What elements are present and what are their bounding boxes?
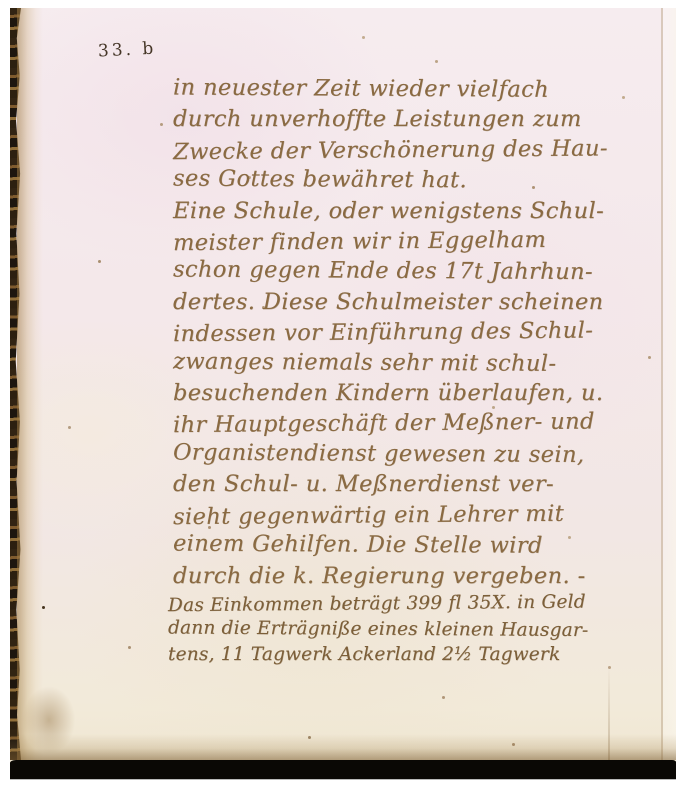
manuscript-line: durch unverhoffte Leistungen zum <box>173 104 669 134</box>
manuscript-line: dertes. Diese Schulmeister scheinen <box>173 287 669 317</box>
book-gutter-shadow-band <box>10 760 676 779</box>
scanned-manuscript-page: 33. b in neuester Zeit wieder vielfach d… <box>0 0 681 800</box>
manuscript-line-income: tens, 11 Tagwerk Ackerland 2½ Tagwerk <box>168 642 669 668</box>
manuscript-line: einem Gehilfen. Die Stelle wird <box>173 529 669 562</box>
manuscript-line: in neuester Zeit wieder vielfach <box>173 72 669 105</box>
manuscript-line: zwanges niemals sehr mit schul- <box>173 346 669 379</box>
page-number: 33. b <box>98 38 157 61</box>
manuscript-line: ses Gottes bewähret hat. <box>173 164 669 197</box>
manuscript-line: ihr Hauptgeschäft der Meßner- und <box>173 406 669 441</box>
manuscript-line: den Schul- u. Meßnerdienst ver- <box>173 469 669 499</box>
handwritten-text-block: in neuester Zeit wieder vielfach durch u… <box>173 74 669 668</box>
manuscript-line-income: Das Einkommen beträgt 399 fl 35X. in Gel… <box>168 589 669 619</box>
manuscript-line: Eine Schule, oder wenigstens Schul- <box>173 196 669 226</box>
manuscript-line: besuchenden Kindern überlaufen, u. <box>173 378 669 408</box>
manuscript-line: meister finden wir in Eggelham <box>173 224 669 259</box>
page-bottom-edge-shadow <box>10 734 676 760</box>
manuscript-line: Zwecke der Verschönerung des Hau- <box>173 133 669 168</box>
manuscript-line: durch die k. Regierung vergeben. - <box>173 561 669 591</box>
binding-edge-tan-fade <box>17 8 43 760</box>
manuscript-line: sieht gegenwärtig ein Lehrer mit <box>173 498 669 533</box>
manuscript-line: indessen vor Einführung des Schul- <box>173 315 669 350</box>
manuscript-line-income: dann die Erträgniße eines kleinen Hausga… <box>168 615 669 644</box>
manuscript-line: schon gegen Ende des 17t Jahrhun- <box>173 255 669 288</box>
book-page-photo: 33. b in neuester Zeit wieder vielfach d… <box>10 8 676 780</box>
manuscript-line: Organistendienst gewesen zu sein, <box>173 437 669 470</box>
